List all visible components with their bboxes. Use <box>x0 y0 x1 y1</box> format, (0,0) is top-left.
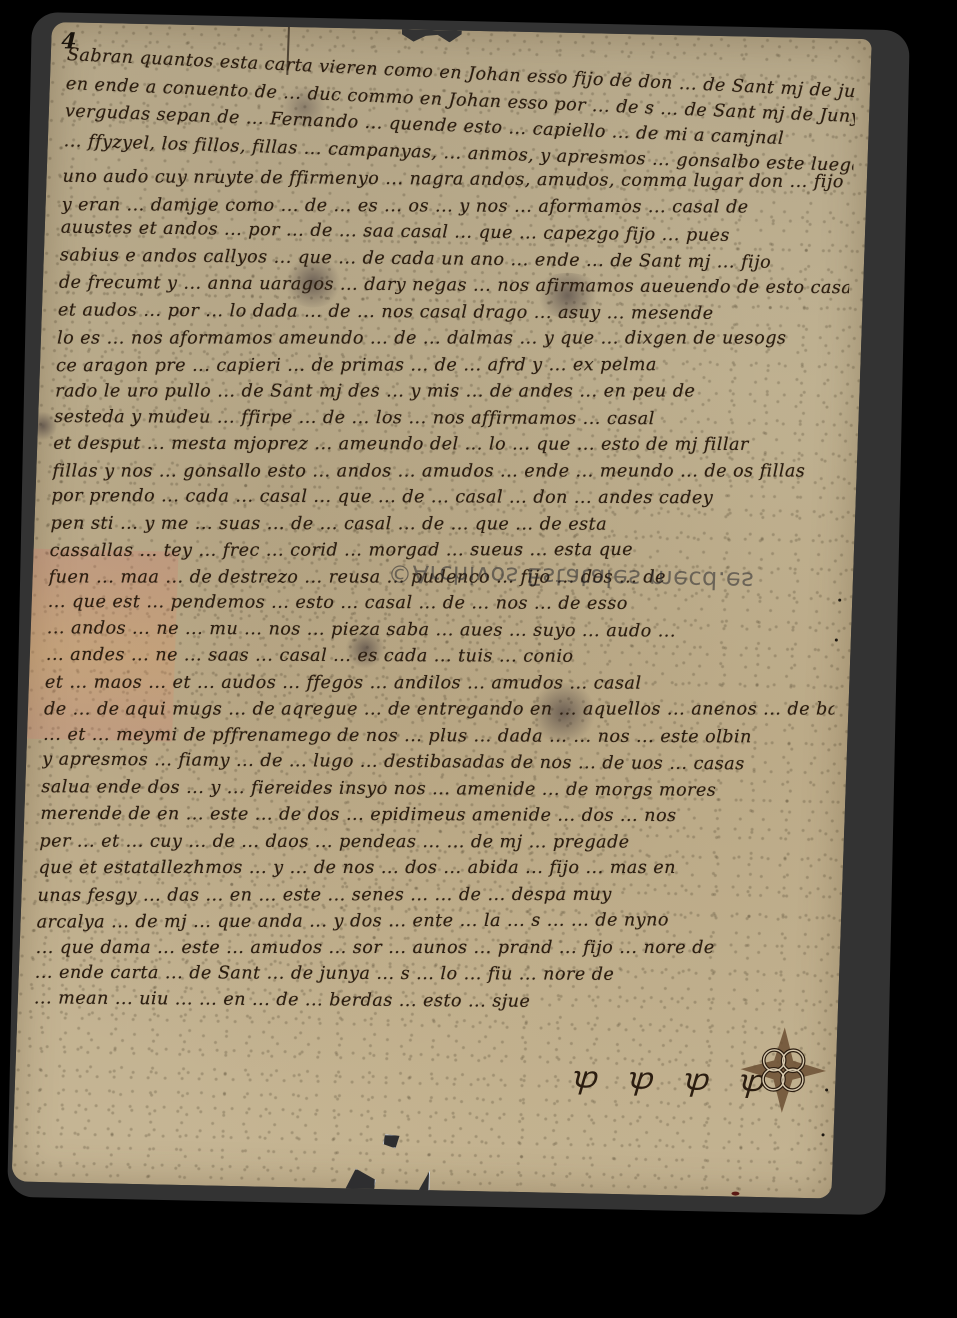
manuscript-line: fillas y nos ... gonsallo esto ... andos… <box>52 458 843 484</box>
speck <box>825 1088 828 1091</box>
speck <box>835 639 838 642</box>
manuscript-page: 4 Sabran quantos esta carta vieren como … <box>12 22 872 1199</box>
manuscript-line: unas fesgy ... das ... en ... este ... s… <box>37 881 828 909</box>
manuscript-line: rado le uro pullo ... de Sant mj des ...… <box>55 378 846 404</box>
manuscript-line: ... andos ... ne ... mu ... nos ... piez… <box>47 615 838 646</box>
manuscript-line: cassallas ... tey ... frec ... corid ...… <box>49 537 840 565</box>
manuscript-line: ce aragon pre ... capieri ... de primas … <box>56 351 847 379</box>
manuscript-line: sesteda y mudeu ... ffirpe ... de ... lo… <box>54 404 845 433</box>
manuscript-text: Sabran quantos esta carta vieren como en… <box>34 52 857 1022</box>
manuscript-line: ... et ... meymi de pffrenamego de nos .… <box>43 721 834 750</box>
manuscript-line: ... andes ... ne ... saas ... casal ... … <box>46 642 837 671</box>
manuscript-line: lo es ... nos aformamos ameundo ... de .… <box>57 325 848 351</box>
manuscript-line: arcalya ... de mj ... que anda ... y dos… <box>37 907 828 936</box>
manuscript-line: ... mean ... uiu ... ... en ... de ... b… <box>34 985 825 1017</box>
parchment-hole <box>383 1134 401 1148</box>
manuscript-line: per ... et ... cuy ... de ... daos ... p… <box>39 828 830 856</box>
manuscript-line: pen sti ... y me ... suas ... de ... cas… <box>50 510 841 538</box>
speck <box>838 599 841 602</box>
manuscript-line: ... que est ... pendemos ... esto ... ca… <box>48 589 839 618</box>
manuscript-line: que et estatallezhmos ... y ... de nos .… <box>38 855 829 881</box>
manuscript-line: de ... de aqui mugs ... de aqregue ... d… <box>44 696 835 722</box>
manuscript-line: et ... maos ... et ... audos ... ffegos … <box>45 669 836 697</box>
manuscript-line: fuen ... maa ... de destrezo ... reusa .… <box>49 564 840 590</box>
manuscript-line: por prendo ... cada ... casal ... que ..… <box>51 483 842 512</box>
manuscript-line: y apresmos ... fiamy ... de ... lugo ...… <box>42 746 833 778</box>
manuscript-line: et desput ... mesta mjoprez ... ameundo … <box>53 431 844 459</box>
speck <box>821 1133 824 1136</box>
manuscript-line: ... ende carta ... de Sant ... de junya … <box>35 960 826 989</box>
speck <box>731 1191 739 1195</box>
manuscript-line: et audos ... por ... lo dada ... de ... … <box>58 297 849 328</box>
torn-top-edge <box>402 29 462 42</box>
manuscript-line: merende de en ... este ... de dos ... ep… <box>40 801 831 830</box>
notarial-knot-icon <box>734 1022 832 1119</box>
manuscript-line: uno audo cuy nruyte de ffirmenyo ... nag… <box>62 164 853 196</box>
manuscript-line: ... que dama ... este ... amudos ... sor… <box>36 935 827 961</box>
manuscript-line: salua ende dos ... y ... fiereides insyo… <box>41 774 832 805</box>
manuscript-line: de frecumt y ... anna uaragos ... dary n… <box>59 270 850 302</box>
